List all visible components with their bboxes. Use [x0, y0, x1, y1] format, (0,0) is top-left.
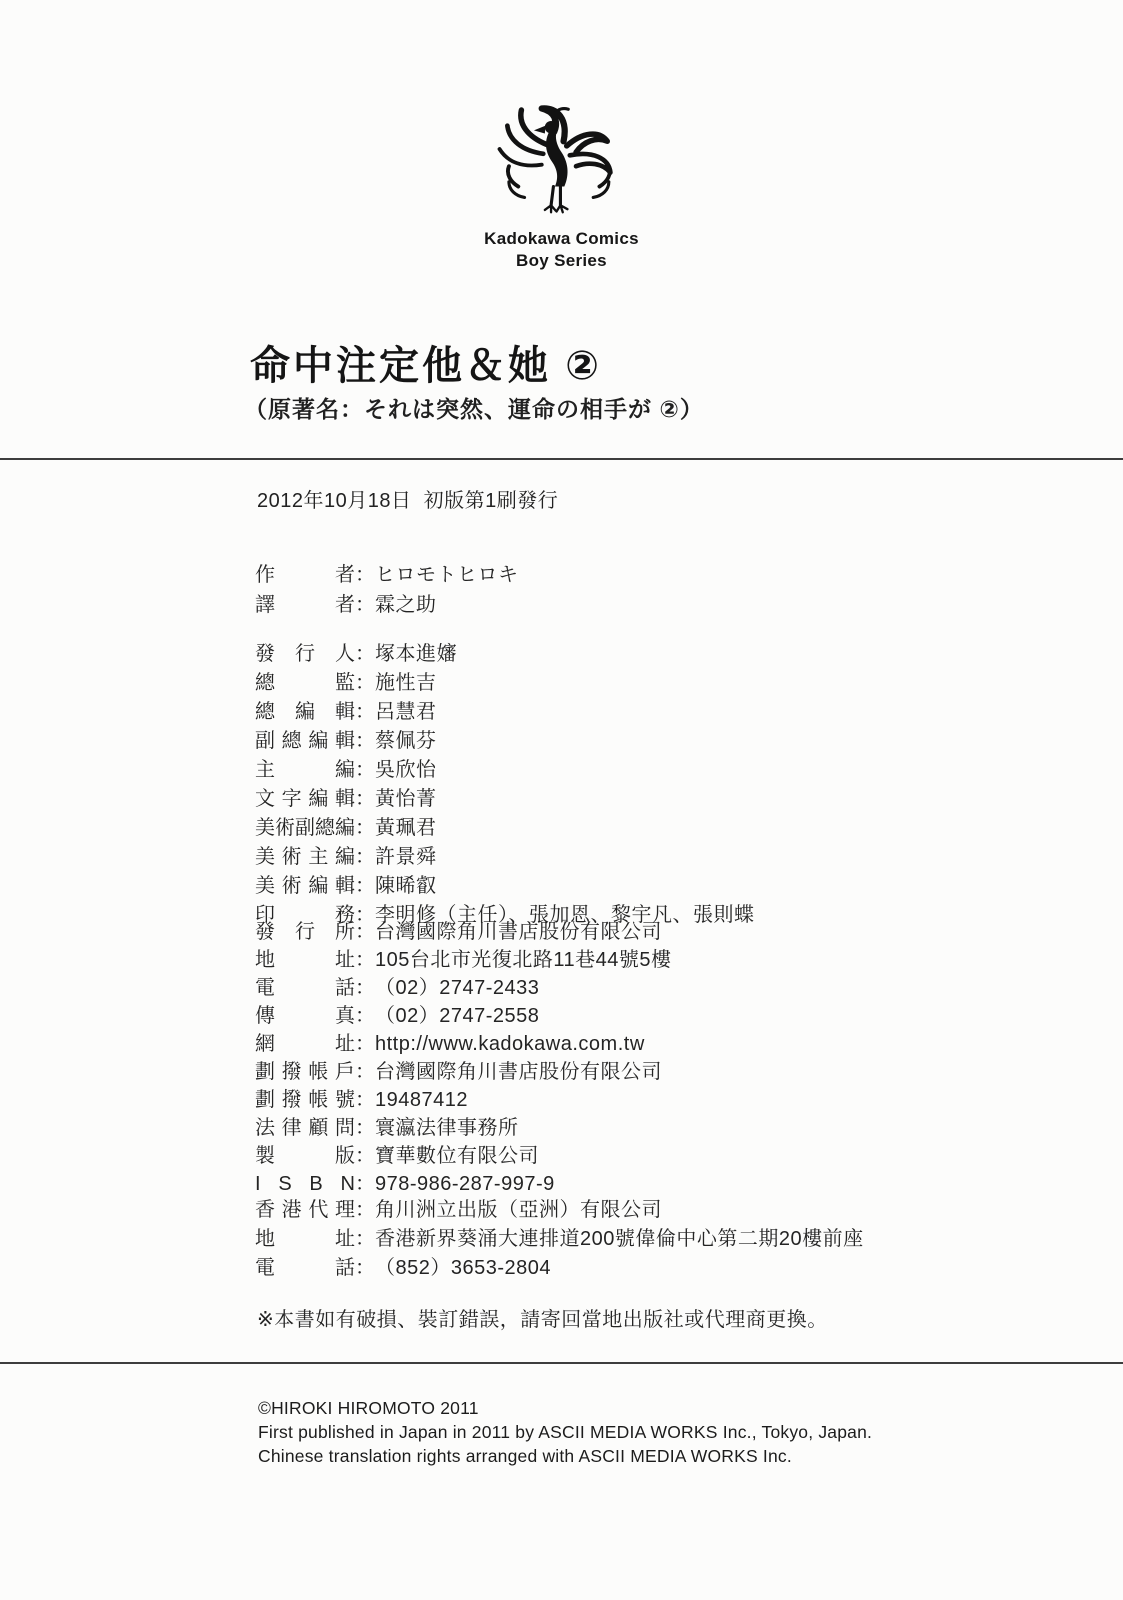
credit-row: 作 者：ヒロモトヒロキ: [255, 560, 519, 590]
staff-credits-block: 發 行 人：塚本進嬸 總 監：施性吉 總 編 輯：呂慧君 副總編輯：蔡佩芬 主 …: [255, 640, 755, 930]
colon: ：: [355, 814, 375, 843]
credit-value: 霖之助: [375, 590, 437, 620]
colon: ：: [355, 698, 375, 727]
publisher-label: 法律顧問: [255, 1114, 355, 1142]
hk-label: 香港代理: [255, 1196, 355, 1225]
credit-value: 吳欣怡: [375, 756, 437, 785]
colon: ：: [355, 727, 375, 756]
publisher-row: 法律顧問：寰瀛法律事務所: [255, 1114, 672, 1142]
credit-row: 美術主編：許景舜: [255, 843, 755, 872]
publisher-row: 製 版：寶華數位有限公司: [255, 1142, 672, 1170]
publisher-info-block: 發 行 所：台灣國際角川書店股份有限公司 地 址：105台北市光復北路11巷44…: [255, 918, 672, 1198]
credit-value: 蔡佩芬: [375, 727, 437, 756]
credit-value: ヒロモトヒロキ: [375, 560, 519, 590]
phoenix-logo-icon: [476, 96, 648, 224]
publisher-label: 劃撥帳戶: [255, 1058, 355, 1086]
colon: ：: [355, 1170, 375, 1198]
publisher-label: 網 址: [255, 1030, 355, 1058]
colon: ：: [355, 974, 375, 1002]
colon: ：: [355, 946, 375, 974]
publisher-row: 發 行 所：台灣國際角川書店股份有限公司: [255, 918, 672, 946]
publisher-row: 網 址：http://www.kadokawa.com.tw: [255, 1030, 672, 1058]
credit-value: 陳晞叡: [375, 872, 437, 901]
credit-label: 美術副總編: [255, 814, 355, 843]
publisher-value: 105台北市光復北路11巷44號5樓: [375, 946, 672, 974]
colon: ：: [355, 560, 375, 590]
isbn-value: 978-986-287-997-9: [375, 1170, 555, 1198]
credit-row: 發 行 人：塚本進嬸: [255, 640, 755, 669]
copyright-block: ©HIROKI HIROMOTO 2011 First published in…: [258, 1396, 872, 1468]
credit-label: 文字編輯: [255, 785, 355, 814]
credit-row: 譯 者：霖之助: [255, 590, 519, 620]
colon: ：: [355, 843, 375, 872]
hk-agent-block: 香港代理：角川洲立出版（亞洲）有限公司 地 址：香港新界葵涌大連排道200號偉倫…: [255, 1196, 864, 1283]
hk-value: 香港新界葵涌大連排道200號偉倫中心第二期20樓前座: [375, 1225, 864, 1254]
credit-value: 黃珮君: [375, 814, 437, 843]
colon: ：: [355, 1254, 375, 1283]
hk-row: 香港代理：角川洲立出版（亞洲）有限公司: [255, 1196, 864, 1225]
hk-row: 地 址：香港新界葵涌大連排道200號偉倫中心第二期20樓前座: [255, 1225, 864, 1254]
credit-label: 作 者: [255, 560, 355, 590]
logo-line1: Kadokawa Comics: [484, 228, 639, 250]
publisher-website-url: http://www.kadokawa.com.tw: [375, 1030, 645, 1058]
publisher-value: 台灣國際角川書店股份有限公司: [375, 918, 662, 946]
colon: ：: [355, 640, 375, 669]
logo-line2: Boy Series: [484, 250, 639, 272]
publisher-value: （02）2747-2433: [375, 974, 539, 1002]
book-title-block: 命中注定他＆她 ② （原著名：それは突然、運命の相手が ②）: [250, 342, 704, 424]
publisher-row: 傳 真：（02）2747-2558: [255, 1002, 672, 1030]
credit-value: 許景舜: [375, 843, 437, 872]
credit-row: 總 監：施性吉: [255, 669, 755, 698]
publisher-row: 電 話：（02）2747-2433: [255, 974, 672, 1002]
credit-label: 發 行 人: [255, 640, 355, 669]
colon: ：: [355, 785, 375, 814]
isbn-label: I S B N: [255, 1170, 355, 1198]
credit-row: 文字編輯：黃怡菁: [255, 785, 755, 814]
credit-row: 美術副總編：黃珮君: [255, 814, 755, 843]
damage-replacement-notice: ※本書如有破損、裝訂錯誤，請寄回當地出版社或代理商更換。: [257, 1303, 828, 1332]
credit-row: 總 編 輯：呂慧君: [255, 698, 755, 727]
credit-value: 施性吉: [375, 669, 437, 698]
first-published-line: First published in Japan in 2011 by ASCI…: [258, 1420, 872, 1444]
colon: ：: [355, 1058, 375, 1086]
edition-date-line: 2012年10月18日 初版第1刷發行: [257, 484, 558, 513]
translation-rights-line: Chinese translation rights arranged with…: [258, 1444, 872, 1468]
original-title: （原著名：それは突然、運命の相手が ②）: [244, 394, 704, 424]
publisher-label: 電 話: [255, 974, 355, 1002]
isbn-row: I S B N：978-986-287-997-9: [255, 1170, 672, 1198]
hk-label: 地 址: [255, 1225, 355, 1254]
credit-label: 美術主編: [255, 843, 355, 872]
credit-row: 主 編：吳欣怡: [255, 756, 755, 785]
hk-row: 電 話：（852）3653-2804: [255, 1254, 864, 1283]
publisher-row: 地 址：105台北市光復北路11巷44號5樓: [255, 946, 672, 974]
hk-value: 角川洲立出版（亞洲）有限公司: [375, 1196, 662, 1225]
credit-row: 美術編輯：陳晞叡: [255, 872, 755, 901]
colon: ：: [355, 1086, 375, 1114]
colon: ：: [355, 1225, 375, 1254]
book-title: 命中注定他＆她 ②: [250, 342, 704, 390]
publisher-value: （02）2747-2558: [375, 1002, 539, 1030]
credit-value: 塚本進嬸: [375, 640, 457, 669]
divider-top: [0, 458, 1123, 460]
credit-label: 美術編輯: [255, 872, 355, 901]
credit-label: 主 編: [255, 756, 355, 785]
hk-value: （852）3653-2804: [375, 1254, 551, 1283]
colon: ：: [355, 918, 375, 946]
credit-row: 副總編輯：蔡佩芬: [255, 727, 755, 756]
publisher-value: 寰瀛法律事務所: [375, 1114, 519, 1142]
divider-bottom: [0, 1362, 1123, 1364]
colon: ：: [355, 1142, 375, 1170]
publisher-label: 製 版: [255, 1142, 355, 1170]
credit-label: 總 編 輯: [255, 698, 355, 727]
credit-value: 黃怡菁: [375, 785, 437, 814]
colon: ：: [355, 872, 375, 901]
colon: ：: [355, 1002, 375, 1030]
publisher-logo-block: Kadokawa Comics Boy Series: [0, 96, 1123, 272]
publisher-value: 寶華數位有限公司: [375, 1142, 539, 1170]
colon: ：: [355, 756, 375, 785]
publisher-value: 19487412: [375, 1086, 468, 1114]
credit-label: 譯 者: [255, 590, 355, 620]
credit-value: 呂慧君: [375, 698, 437, 727]
publisher-label: 地 址: [255, 946, 355, 974]
publisher-row: 劃撥帳戶：台灣國際角川書店股份有限公司: [255, 1058, 672, 1086]
publisher-value: 台灣國際角川書店股份有限公司: [375, 1058, 662, 1086]
publisher-label: 發 行 所: [255, 918, 355, 946]
author-credits-block: 作 者：ヒロモトヒロキ 譯 者：霖之助: [255, 560, 519, 620]
credit-label: 總 監: [255, 669, 355, 698]
publisher-row: 劃撥帳號：19487412: [255, 1086, 672, 1114]
colon: ：: [355, 590, 375, 620]
publisher-label: 傳 真: [255, 1002, 355, 1030]
copyright-line: ©HIROKI HIROMOTO 2011: [258, 1396, 872, 1420]
hk-label: 電 話: [255, 1254, 355, 1283]
publisher-label: 劃撥帳號: [255, 1086, 355, 1114]
colon: ：: [355, 1114, 375, 1142]
credit-label: 副總編輯: [255, 727, 355, 756]
colon: ：: [355, 669, 375, 698]
colon: ：: [355, 1030, 375, 1058]
colon: ：: [355, 1196, 375, 1225]
colophon-page: Kadokawa Comics Boy Series 命中注定他＆她 ② （原著…: [0, 0, 1123, 1600]
logo-series-name: Kadokawa Comics Boy Series: [484, 228, 639, 272]
